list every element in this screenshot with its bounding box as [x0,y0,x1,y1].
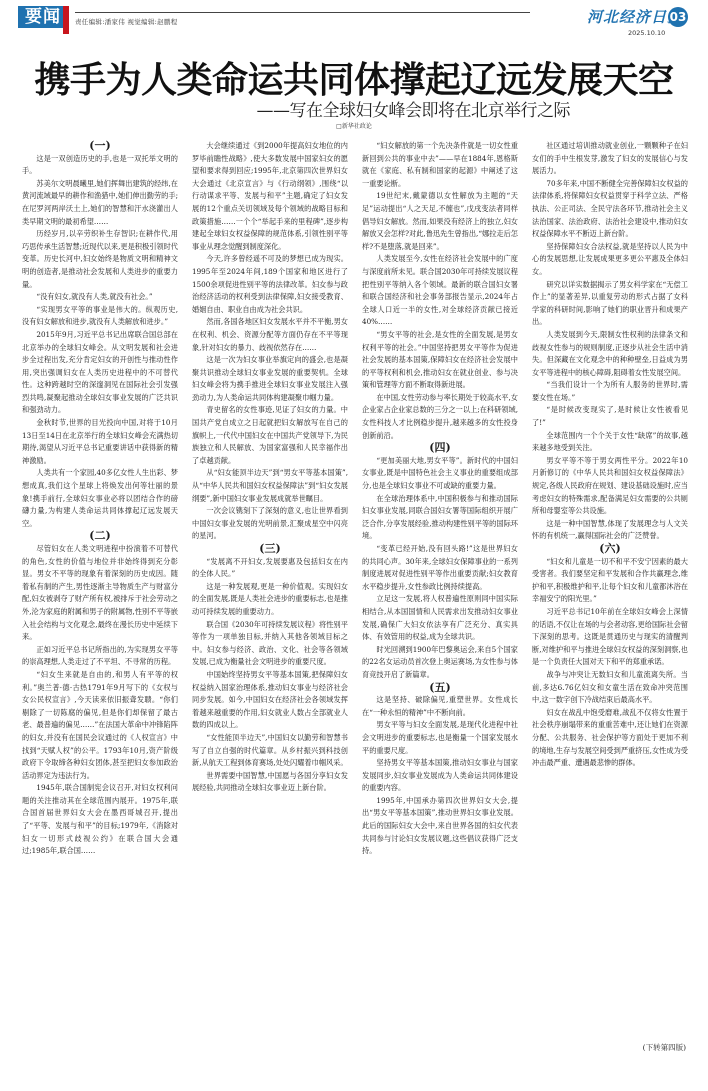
paragraph: “实现男女平等的事业是伟大的。纵观历史,没有妇女解放和进步,就没有人类解放和进步… [22,304,178,329]
paragraph: “是时候改变现实了,是时候让女性被看见了!” [532,404,688,429]
column-4: 社区通过培训推动就业创业,一颗颗种子在妇女们的手中生根发芽,激发了妇女的发展信心… [532,140,688,1030]
paragraph: 男女平等与妇女全面发展,是现代化进程中社会文明进步的重要标志,也是衡量一个国家发… [362,719,518,757]
paragraph: “更加美丽大地,男女平等”。新时代的中国妇女事业,既是中国特色社会主义事业的重要… [362,455,518,493]
masthead: 要闻 责任编辑:潘家伟 视觉编辑:赵鹏程 河北经济日报 03 2025.10.1… [0,0,708,40]
paragraph: 然而,各国各地区妇女发展水平并不平衡,男女在权利、机会、资源分配等方面仍存在不平… [192,316,348,354]
paragraph: 70多年来,中国不断健全完善保障妇女权益的法律体系,将保障妇女权益贯穿于科学立法… [532,178,688,241]
paragraph: 在全球治理体系中,中国积极参与和推动国际妇女事业发展,同联合国妇女署等国际组织开… [362,493,518,543]
paragraph: “男女平等的社会,是女性的全面发展,是男女权利平等的社会。”中国坚持把男女平等作… [362,329,518,392]
paragraph: “女性能顶半边天”,中国妇女以勤劳和智慧书写了自立自强的时代篇章。从乡村振兴到科… [192,732,348,770]
paragraph: 这是一种中国智慧,体现了发展理念与人文关怀的有机统一,赢得国际社会的广泛赞誉。 [532,518,688,543]
article-headline: 携手为人类命运共同体撑起辽远发展天空 [0,58,708,102]
paragraph: 在中国,女性劳动参与率长期处于较高水平,女企业家占企业家总数的三分之一以上;在科… [362,392,518,442]
paragraph: “妇女生来就是自由的,和男人有平等的权利。”奥兰普·德·古热1791年9月写下的… [22,669,178,782]
publication-date: 2025.10.10 [628,29,665,37]
paragraph: “没有妇女,就没有人类,就没有社会。” [22,291,178,304]
paragraph: 从“妇女能顶半边天”到“男女平等基本国策”,从“中华人民共和国妇女权益保障法”到… [192,467,348,505]
section-marker: (二) [22,530,178,543]
page-number-badge: 03 [668,7,688,27]
paragraph: 一次会议镌刻下了深刻的意义,也让世界看到中国妇女事业发展的光明前景,汇聚成星空中… [192,505,348,543]
paragraph: 苏美尔文明晨曦里,她们挥舞出建筑的经纬,在黄河流域最早的耕作和渔猎中,她们伸出勤… [22,178,178,228]
paragraph: 历经岁月,以辛劳织补生存智识;在耕作代,用巧思传承生活智慧;近现代以来,更是积极… [22,228,178,291]
paragraph: 中国始终坚持男女平等基本国策,把保障妇女权益纳入国家治理体系,推动妇女事业与经济… [192,669,348,732]
paragraph: 2015年9月,习近平总书记出席联合国总部在北京举办的全球妇女峰会。从文明发展和… [22,329,178,417]
paragraph: 人类发展至今,女性在经济社会发展中的广度与深度前所未见。联合国2030年可持续发… [362,253,518,329]
paragraph: 坚持保障妇女合法权益,就是坚持以人民为中心的发展思想,让发展成果更多更公平惠及全… [532,241,688,279]
column-1: (一)这是一双创造历史的手,也是一双托举文明的手。苏美尔文明晨曦里,她们挥舞出建… [22,140,178,1030]
paragraph: 今天,许多曾经遥不可及的梦想已成为现实。1995年至2024年间,189个国家和… [192,253,348,316]
paragraph: 1995年,中国承办第四次世界妇女大会,提出“男女平等基本国策”,推动世界妇女事… [362,795,518,858]
section-marker: (四) [362,442,518,455]
paragraph: 正如习近平总书记所指出的,为实现男女平等的崇高理想,人类走过了不平坦、不寻常的历… [22,644,178,669]
section-tag: 要闻 [18,6,68,28]
paragraph: 社区通过培训推动就业创业,一颗颗种子在妇女们的手中生根发芽,激发了妇女的发展信心… [532,140,688,178]
section-marker: (六) [532,543,688,556]
paragraph: 全球范围内一个个关于女性“缺席”的故事,越来越多地受到关注。 [532,430,688,455]
column-2: 大会继续通过《到2000年提高妇女地位的内罗毕前瞻性战略》,使大多数发展中国家妇… [192,140,348,1030]
editors-credit: 责任编辑:潘家伟 视觉编辑:赵鹏程 [75,17,178,26]
paragraph: 男女平等不等于男女两性平分。2022年10月新修订的《中华人民共和国妇女权益保障… [532,455,688,518]
header-rule [75,12,530,13]
paragraph: 坚持男女平等基本国策,推动妇女事业与国家发展同步,妇女事业发展成为人类命运共同体… [362,757,518,795]
article-subhead: ——写在全球妇女峰会即将在北京举行之际 [150,100,570,122]
paragraph: 联合国《2030年可持续发展议程》将性别平等作为一项单独目标,并纳入其他各领域目… [192,619,348,669]
paragraph: 人类发展到今天,限制女性权利的法律条文和歧视女性参与的规则制度,正逐步从社会生活… [532,329,688,379]
paragraph: 习近平总书记10年前在全球妇女峰会上深情的话语,不仅让在场的与会者动容,更给国际… [532,606,688,669]
paragraph: “妇女解放的第一个先决条件就是一切女性重新回到公共的事业中去”——早在1884年… [362,140,518,190]
paragraph: 1945年,联合国制宪会议召开,对妇女权利问题的关注推动其在全球范围内展开。19… [22,782,178,858]
paragraph: 这是一次为妇女事业举旗定向的盛会,也是凝聚共识推动全球妇女事业发展的重要契机。全… [192,354,348,404]
paragraph: 立足这一发展,将人权普遍性原则同中国实际相结合,从本国国情和人民需求出发推动妇女… [362,593,518,643]
paragraph: 尽管妇女在人类文明进程中扮演着不可替代的角色,女性的价值与地位并非始终得到充分彰… [22,543,178,644]
paragraph: 金秋时节,世界的目光投向中国,对将于10月13日至14日在北京举行的全球妇女峰会… [22,417,178,467]
paragraph: 这是坚持、破除偏见,重塑世界。女性成长在“一种永恒的精神”中不断向前。 [362,694,518,719]
section-marker: (五) [362,682,518,695]
paragraph: 19世纪末,戴蒙德以女性解放为主题的“天足”运动提出“人之天足,不缠也”,戊戌变… [362,190,518,253]
paragraph: 青史留名的女性事迹,见证了妇女的力量。中国共产党自成立之日起就把妇女解放写在自己… [192,404,348,467]
paragraph: “当我们设计一个为所有人服务的世界时,需要女性在场。” [532,379,688,404]
paragraph: 时光回溯到1900年巴黎奥运会,来自5个国家的22名女运动员首次登上奥运赛场,为… [362,644,518,682]
article-byline: □新华社政论 [0,121,708,130]
section-marker: (三) [192,543,348,556]
section-marker: (一) [22,140,178,153]
article-body: (一)这是一双创造历史的手,也是一双托举文明的手。苏美尔文明晨曦里,她们挥舞出建… [22,140,688,1030]
section-flag-icon [63,6,69,34]
paragraph: 这是一双创造历史的手,也是一双托举文明的手。 [22,153,178,178]
paragraph: “变革已经开始,没有回头路!”这是世界妇女的共同心声。30年来,全球妇女保障事业… [362,543,518,593]
paragraph: 大会继续通过《到2000年提高妇女地位的内罗毕前瞻性战略》,使大多数发展中国家妇… [192,140,348,253]
paragraph: 研究以详实数据揭示了男女科学家在“无偿工作上”的显著差异,以重复劳动的形式占据了… [532,279,688,329]
paragraph: “发展离不开妇女,发展要惠及包括妇女在内的全体人民。” [192,556,348,581]
continuation-note: (下转第四版) [643,1042,686,1053]
paragraph: 这是一种发展观,更是一种价值观。实现妇女的全面发展,既是人类社会进步的重要标志,… [192,581,348,619]
column-3: “妇女解放的第一个先决条件就是一切女性重新回到公共的事业中去”——早在1884年… [362,140,518,1030]
paragraph: 妇女在战乱中饱受磨难,战乱不仅将女性置于社会秩序崩塌带来的重重苦难中,还让她们在… [532,707,688,770]
paragraph: 世界需要中国智慧,中国愿与各国分享妇女发展经验,共同推动全球妇女事业迈上新台阶。 [192,770,348,795]
paragraph: 战争与冲突让无数妇女和儿童流离失所。当前,多达6.76亿妇女和女童生活在致命冲突… [532,669,688,707]
paragraph: “妇女和儿童是一切不和平不安宁因素的最大受害者。我们要坚定和平发展和合作共赢理念… [532,556,688,606]
paragraph: 人类共有一个家园,40多亿女性人生出彩、梦想成真,我们这个星球上将焕发出何等壮丽… [22,467,178,530]
